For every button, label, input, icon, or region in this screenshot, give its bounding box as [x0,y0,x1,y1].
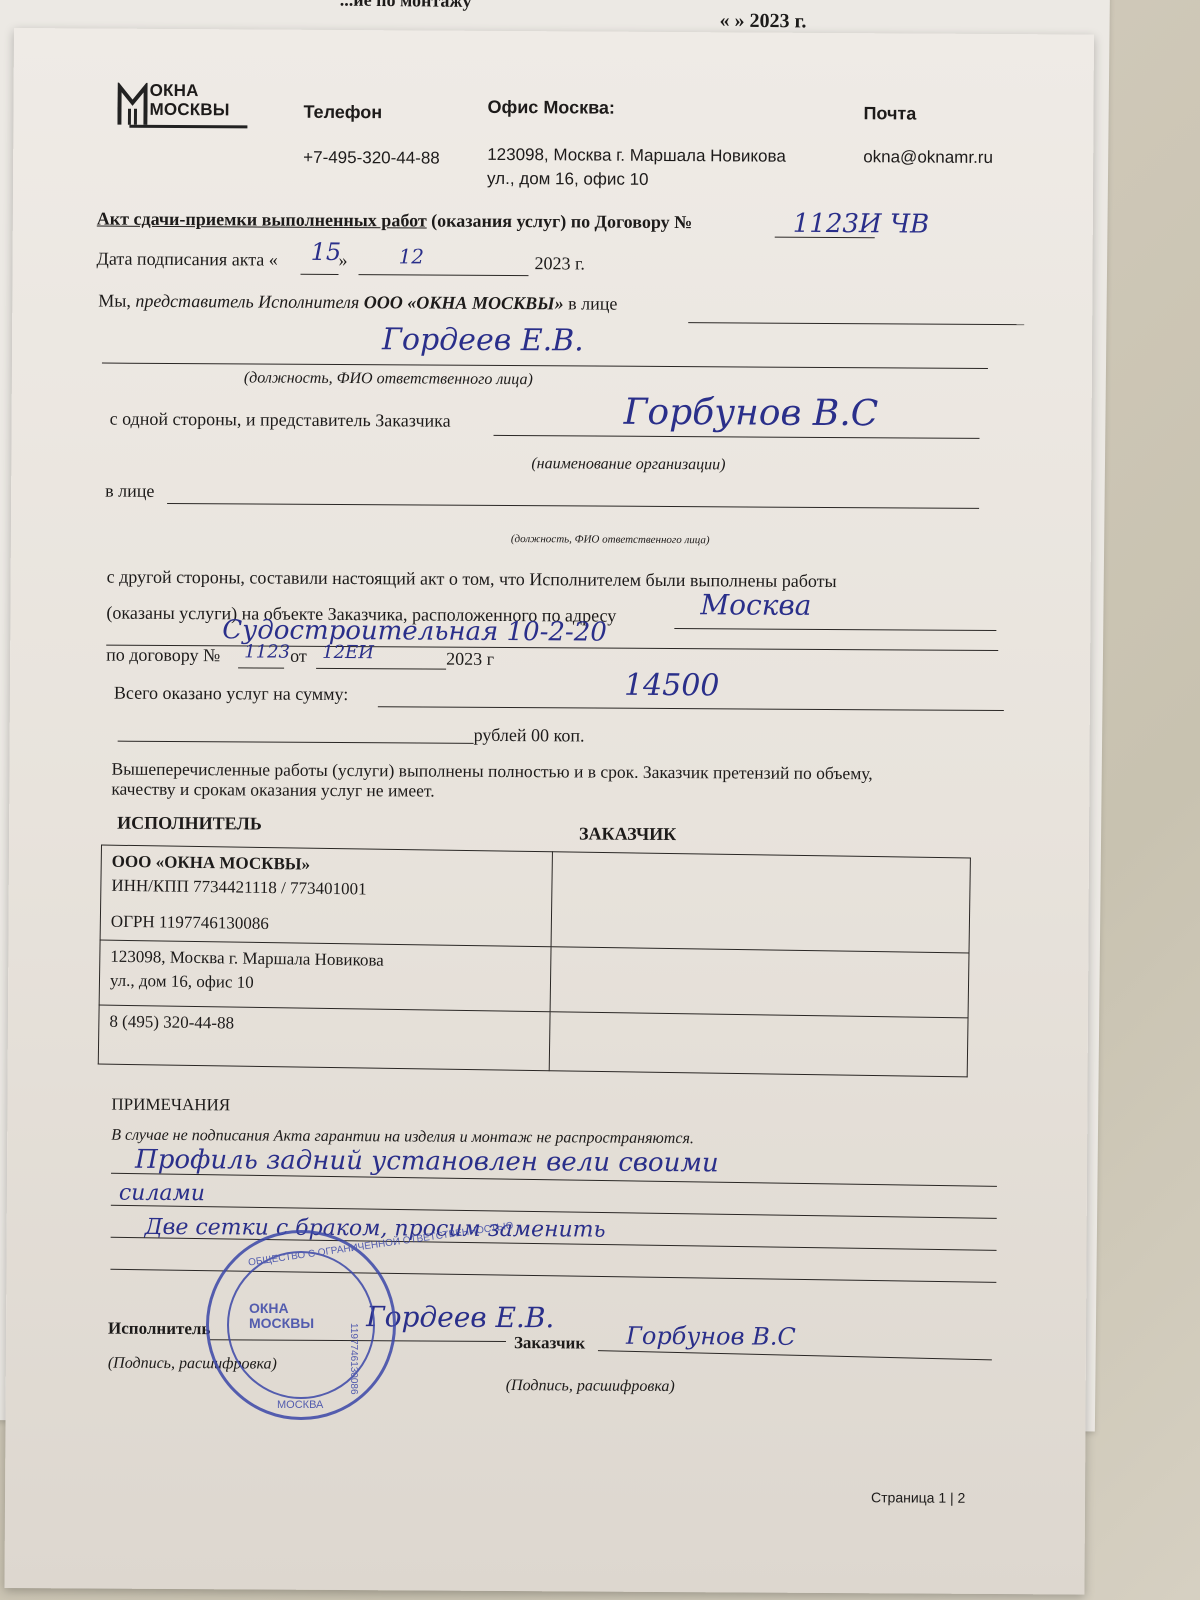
stamp-ogrn: 1197746130086 [348,1323,359,1395]
office-address: 123098, Москва г. Маршала Новикова ул., … [487,143,786,193]
note-line-2-handwritten: силами [119,1181,205,1207]
caption-position-name: (должность, ФИО ответственного лица) [244,369,533,389]
background-sheet-title-fragment: ...ие по монтажу [340,0,472,12]
table-row: 8 (495) 320-44-88 [98,1005,968,1077]
address-city-handwritten: Москва [700,588,811,622]
customer-signature-caption: (Подпись, расшифровка) [506,1377,675,1396]
address-line-1 [674,628,996,631]
contract-ref-date-handwritten: 12ЕИ [322,642,374,663]
date-quote: » [339,250,348,271]
notes-heading: ПРИМЕЧАНИЯ [111,1095,230,1116]
customer-heading: ЗАКАЗЧИК [579,823,676,845]
date-day-handwritten: 15 [311,238,342,266]
customer-person-line [167,503,979,509]
note-line-1-handwritten: Профиль задний установлен вели своими [135,1145,719,1179]
executor-address-cell: 123098, Москва г. Маршала Новикова ул., … [99,940,551,1012]
logo-underline [129,125,247,129]
stamp-logo: ОКНА МОСКВЫ [249,1301,314,1331]
executor-phone-cell: 8 (495) 320-44-88 [98,1005,550,1071]
background-sheet-date-fragment: « » 2023 г. [719,10,806,34]
page-number: Страница 1 | 2 [871,1489,965,1506]
executor-heading: ИСПОЛНИТЕЛЬ [117,813,262,835]
customer-phone-cell [549,1012,968,1077]
in-person-label: в лице [105,481,154,502]
one-side-text: с одной стороны, и представитель Заказчи… [110,409,451,432]
date-month-handwritten: 12 [399,244,425,268]
act-document: ОКНА МОСКВЫ Телефон +7-495-320-44-88 Офи… [4,28,1094,1595]
table-row: ООО «ОКНА МОСКВЫ» ИНН/КПП 7734421118 / 7… [100,845,970,953]
total-amount-handwritten: 14500 [624,668,720,704]
phone-value: +7-495-320-44-88 [303,146,440,171]
executor-name-handwritten: Гордеев Е.В. [382,322,584,358]
signing-date-label: Дата подписания акта « [97,249,278,271]
customer-details-cell [551,852,970,953]
date-year: 2023 г. [535,253,585,274]
logo-m-icon [117,83,147,127]
customer-signature-line [598,1350,992,1360]
customer-signature-label: Заказчик [514,1333,585,1353]
company-stamp: ОБЩЕСТВО С ОГРАНИЧЕННОЙ ОТВЕТСТВЕННОСТЬЮ… [206,1230,396,1420]
executor-person-line-2 [102,363,988,369]
contract-ref-label: по договору № [106,645,220,667]
executor-details-cell: ООО «ОКНА МОСКВЫ» ИНН/КПП 7734421118 / 7… [100,845,552,947]
executor-person-line-1 [688,322,1024,325]
date-month-line [358,274,528,276]
customer-address-cell [550,947,969,1018]
email-value: okna@oknamr.ru [863,145,993,170]
rubles-line [118,741,474,744]
contract-ref-date-line [316,668,446,670]
completion-text-2: качеству и срокам оказания услуг не имее… [111,779,434,802]
executor-signature-label: Исполнитель [108,1319,211,1340]
company-logo: ОКНА МОСКВЫ [117,81,257,134]
act-title: Акт сдачи-приемки выполненных работ (ока… [97,209,693,234]
rubles-text: рублей 00 коп. [474,725,585,747]
stamp-city: МОСКВА [277,1399,323,1411]
office-label: Офис Москва: [487,97,615,119]
contract-ref-number-handwritten: 1123 [244,641,290,662]
contract-ref-from: от [290,646,307,667]
caption-position-name-small: (должность, ФИО ответственного лица) [511,533,710,546]
customer-org-line [494,435,980,439]
phone-label: Телефон [303,102,382,123]
customer-signature: Горбунов В.С [626,1322,796,1351]
date-day-line [300,274,338,275]
contract-ref-number-line [238,667,284,668]
email-label: Почта [863,103,916,124]
customer-name-handwritten: Горбунов В.С [624,392,879,435]
total-label: Всего оказано услуг на сумму: [114,683,348,705]
parties-table: ООО «ОКНА МОСКВЫ» ИНН/КПП 7734421118 / 7… [98,845,971,1078]
executor-representative-text: Мы, представитель Исполнителя ООО «ОКНА … [98,291,617,315]
contract-number-handwritten: 1123И ЧВ [793,209,929,240]
caption-org-name: (наименование организации) [531,455,725,474]
total-line [378,706,1004,711]
contract-ref-year: 2023 г [446,649,494,670]
logo-text: ОКНА МОСКВЫ [149,81,229,119]
